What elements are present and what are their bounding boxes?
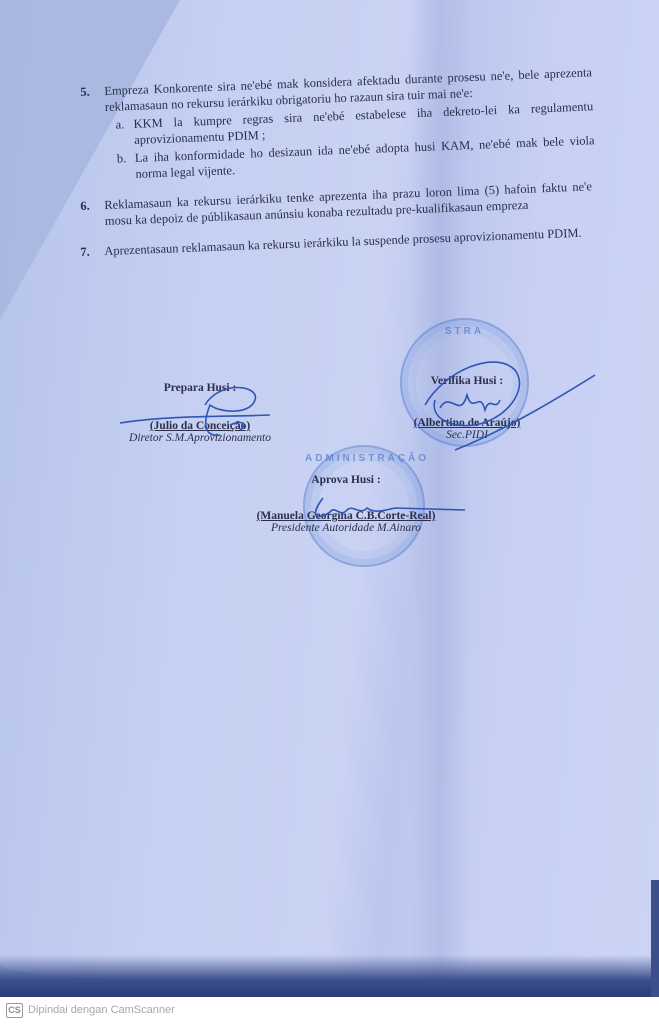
list-item-7: 7. Aprezentasaun reklamasaun ka rekursu … — [80, 224, 592, 260]
table-background-right — [651, 880, 659, 997]
item-text: Reklamasaun ka rekursu ierárkiku tenke a… — [104, 178, 593, 229]
table-background — [0, 955, 659, 997]
list-item-6: 6. Reklamasaun ka rekursu ierárkiku tenk… — [80, 178, 593, 230]
stamp-text: STRA — [402, 326, 527, 337]
sub-item-letter: b. — [117, 150, 136, 183]
item-number: 6. — [80, 197, 105, 230]
item-number: 7. — [80, 243, 105, 260]
signature-role: Aprova Husi : — [236, 474, 456, 486]
sub-item-letter: a. — [115, 116, 134, 149]
list-item-5: 5. Empreza Konkorente sira ne'ebé mak ko… — [80, 64, 595, 184]
handwritten-signature-verified — [405, 340, 605, 460]
watermark-text: Dipindai dengan CamScanner — [28, 1004, 175, 1016]
camscanner-logo-icon: CS — [6, 1003, 23, 1018]
document-body: 5. Empreza Konkorente sira ne'ebé mak ko… — [80, 84, 592, 274]
scanned-photo: 5. Empreza Konkorente sira ne'ebé mak ko… — [0, 0, 659, 997]
item-text: Aprezentasaun reklamasaun ka rekursu ier… — [104, 224, 592, 259]
handwritten-signature-prepared — [110, 375, 280, 455]
scanner-watermark: CS Dipindai dengan CamScanner — [6, 1001, 175, 1019]
handwritten-signature-approved — [305, 490, 475, 530]
